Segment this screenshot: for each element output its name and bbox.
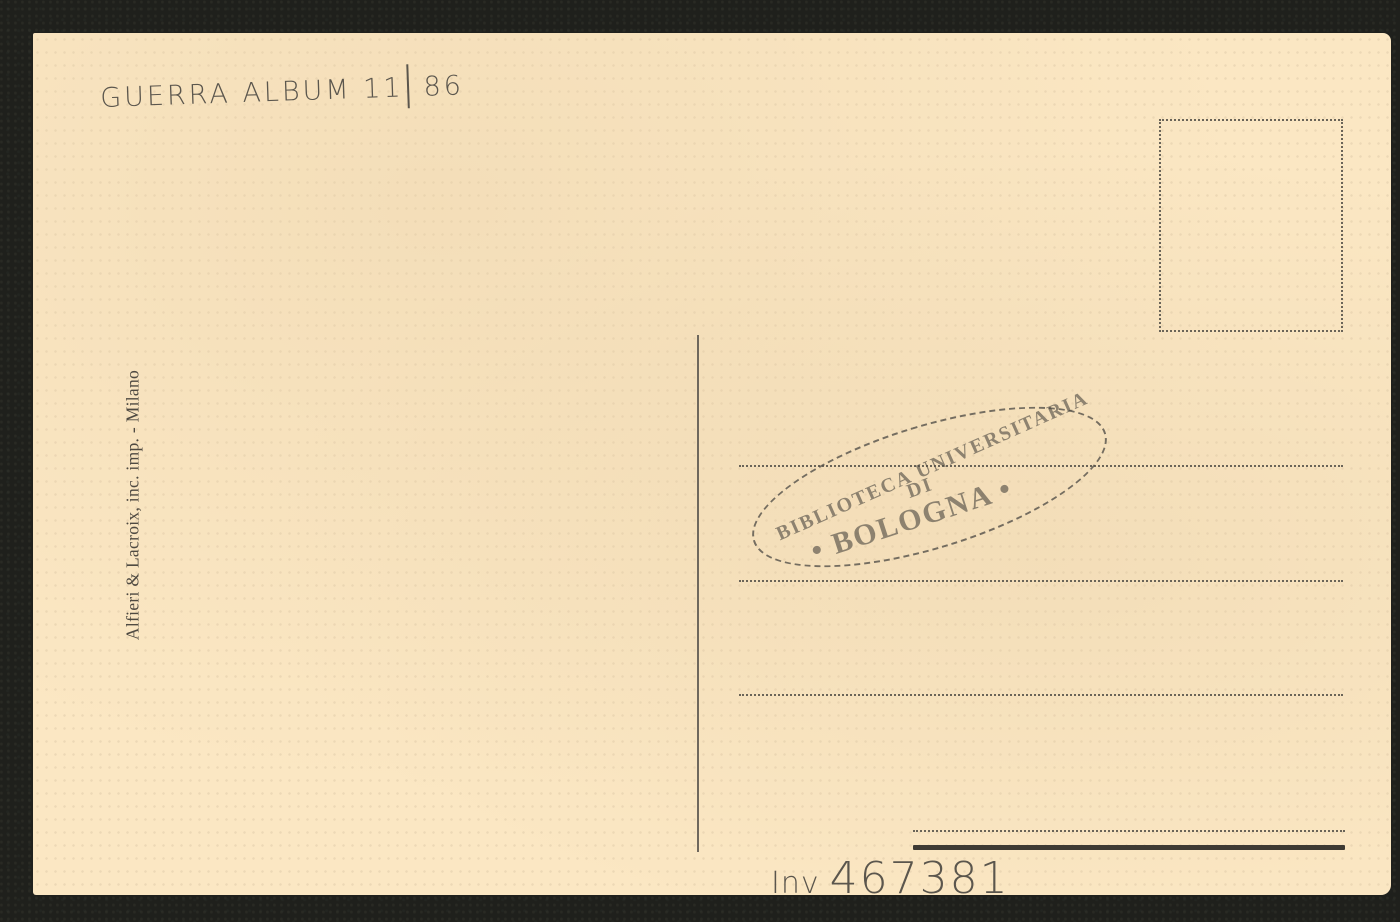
postage-stamp-placeholder [1159, 119, 1343, 332]
note-separator [407, 64, 411, 108]
address-line-4 [913, 830, 1345, 832]
vertical-center-divider [697, 335, 699, 852]
handwritten-album-note: GUERRA ALBUM 1186 [99, 62, 464, 119]
postcard-back: GUERRA ALBUM 1186 Alfieri & Lacroix, inc… [33, 33, 1391, 895]
stamp-oval-border [735, 374, 1124, 600]
address-line-1 [739, 465, 1343, 467]
stamp-line-city: • BOLOGNA • [807, 471, 1017, 568]
address-line-2 [739, 580, 1343, 582]
inventory-number: 467381 [830, 853, 1010, 904]
library-ownership-stamp: BIBLIOTECA UNIVERSITARIA DI • BOLOGNA • [745, 385, 1105, 575]
inventory-prefix: Inv [771, 866, 820, 901]
publisher-imprint: Alfieri & Lacroix, inc. imp. - Milano [123, 370, 144, 640]
handwritten-inventory-number: Inv467381 [771, 853, 1010, 904]
address-underline-solid [913, 845, 1345, 850]
stamp-line-di: DI [904, 473, 937, 504]
album-title: GUERRA ALBUM [100, 74, 352, 114]
album-page: 86 [423, 70, 464, 102]
album-volume: 11 [363, 72, 404, 104]
address-line-3 [739, 694, 1343, 696]
